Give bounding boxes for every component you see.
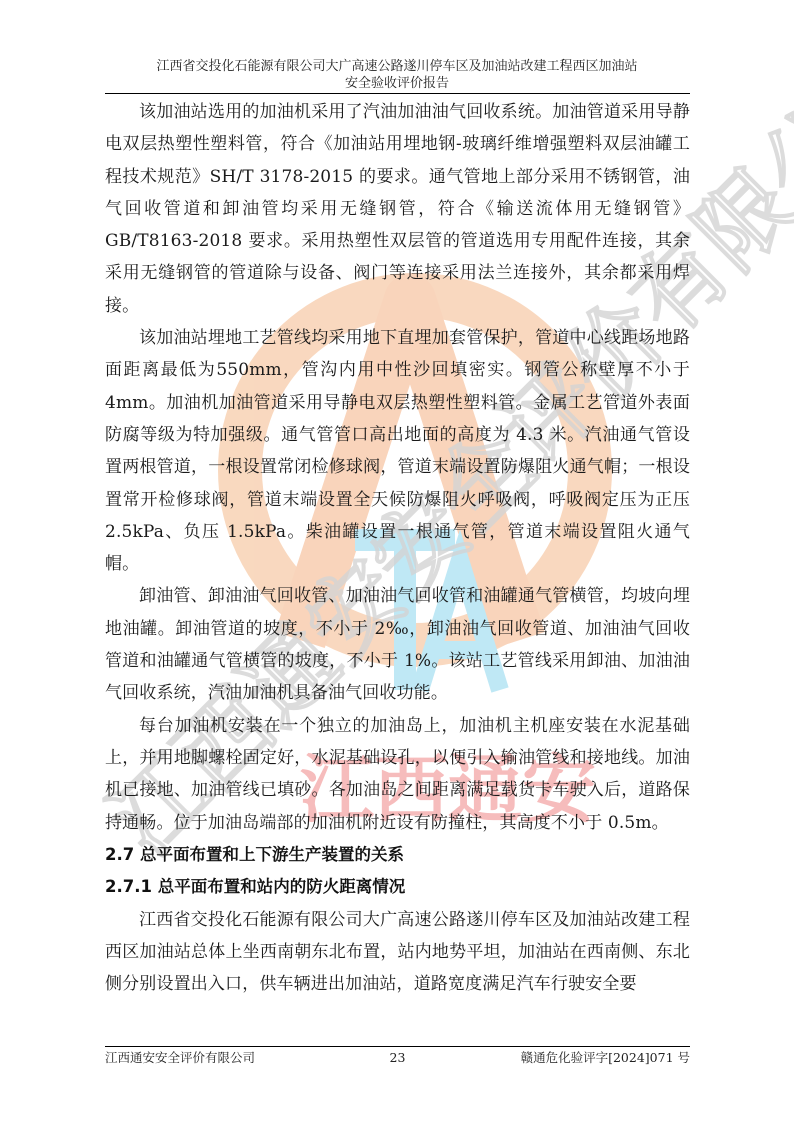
paragraph-dispenser-islands: 每台加油机安装在一个独立的加油岛上，加油机主机座安装在水泥基础上，并用地脚螺栓固…: [105, 710, 690, 839]
paragraph-site-layout: 江西省交投化石能源有限公司大广高速公路遂川停车区及加油站改建工程西区加油站总体上…: [105, 904, 690, 1001]
paragraph-buried-pipelines: 该加油站埋地工艺管线均采用地下直埋加套管保护，管道中心线距场地路面距离最低为55…: [105, 322, 690, 580]
paragraph-pipe-slope: 卸油管、卸油油气回收管、加油油气回收管和油罐通气管横管，均坡向埋地油罐。卸油管道…: [105, 580, 690, 709]
subsection-heading: 2.7.1 总平面布置和站内的防火距离情况: [105, 871, 690, 904]
footer-divider: [105, 1046, 690, 1047]
paragraph-pipeline-materials: 该加油站选用的加油机采用了汽油加油油气回收系统。加油管道采用导静电双层热塑性塑料…: [105, 96, 690, 322]
header-divider: [105, 93, 690, 94]
header-title-line1: 江西省交投化石能源有限公司大广高速公路遂川停车区及加油站改建工程西区加油站: [105, 58, 689, 75]
section-heading: 2.7 总平面布置和上下游生产装置的关系: [105, 839, 690, 872]
document-body: 该加油站选用的加油机采用了汽油加油油气回收系统。加油管道采用导静电双层热塑性塑料…: [105, 96, 690, 1001]
header-title-line2: 安全验收评价报告: [105, 75, 689, 92]
document-number: 赣通危化验评字[2024]071 号: [521, 1049, 690, 1067]
